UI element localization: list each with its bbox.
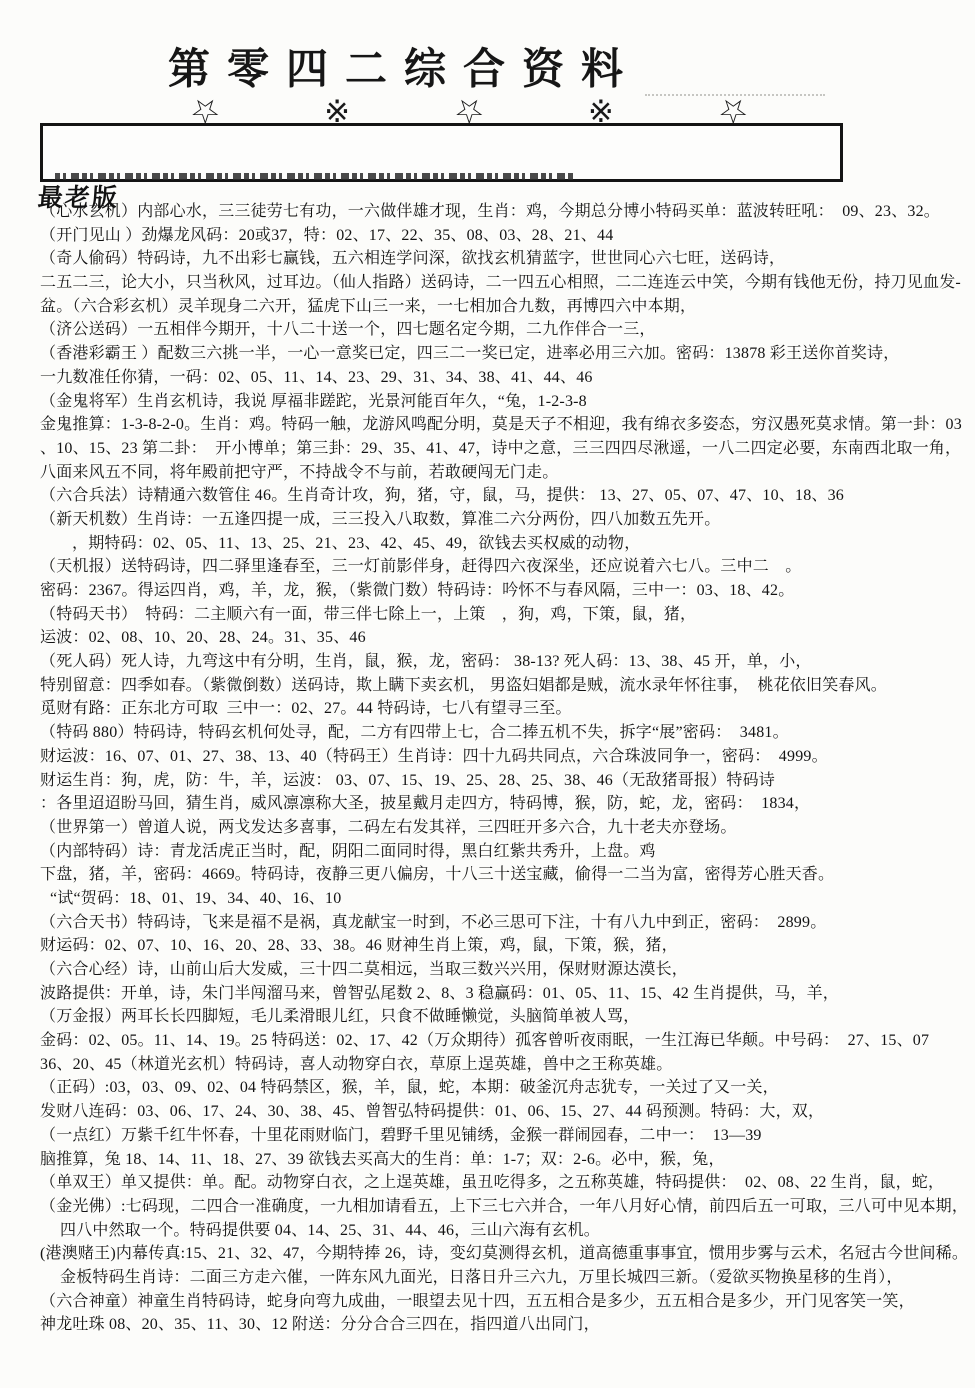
text-line: （六合神童）神童生肖特码诗，蛇身向弯九成曲，一眼望去见十四，五五相合是多少，五五… (40, 1290, 970, 1314)
text-line: 财运波：16、07、01、27、38、13、40（特码王）生肖诗：四十九码共同点… (40, 745, 970, 769)
text-line: 觅财有路：正东北方可取 三中一：02、27。44 特码诗，七八有望寻三至。 (40, 697, 970, 721)
text-line: （金光佛）:七码现，二四合一准确度，一九相加请看五，上下三七六并合，一年八月好心… (40, 1195, 970, 1219)
text-line: （一点红）万紫千红牛怀春，十里花雨财临门，碧野千里见铺绣，金猴一群闹园春，二中一… (40, 1124, 970, 1148)
text-line: 金码：02、05。11、14、19。25 特码送：02、17、42（万众期待）孤… (40, 1029, 970, 1053)
text-line: 脑推算，兔 18、14、11、18、27、39 欲钱去买高大的生肖：单：1-7；… (40, 1148, 970, 1172)
text-line: 财运码：02、07、10、16、20、28、33、38。46 财神生肖上策，鸡，… (40, 934, 970, 958)
text-line: 特别留意：四季如春。（紫微倒数）送码诗，欺上瞒下卖玄机， 男盗妇娼都是贼，流水录… (40, 674, 970, 698)
text-line: ：各里迢迢盼马回，猜生肖，威风凛凛称大圣，披星戴月走四方，特码博，猴，防，蛇，龙… (40, 792, 970, 816)
body-text: （心水玄机）内部心水，三三徒劳七有功，一六做伴雄才现，生肖：鸡，今期总分博小特码… (40, 200, 970, 1337)
text-line: 密码：2367。得运四肖，鸡，羊，龙，猴，（紫微门数）特码诗：吟怀不与春风隔，三… (40, 579, 970, 603)
header-box (40, 123, 843, 182)
text-line: 财运生肖：狗，虎，防：牛，羊，运波： 03、07、15、19、25、28、25、… (40, 769, 970, 793)
text-line: （特码 880）特码诗，特码玄机何处寻，配，二方有四带上七，合二捧五机不失，拆字… (40, 721, 970, 745)
text-line: 下盘，猪，羊，密码：4669。特码诗，夜静三更八偏房，十八三十送宝藏，偷得一二当… (40, 863, 970, 887)
text-line: （天机报）送特码诗，四二驿里逢春至，三一灯前影伴身，赶得四六夜深坐，还应说着六七… (40, 555, 970, 579)
text-line: 一九数准任你猜，一码：02、05、11、14、23、29、31、34、38、41… (40, 366, 970, 390)
text-line: （正码）:03，03、09、02、04 特码禁区，猴，羊，鼠，蛇，本期：破釜沉舟… (40, 1076, 970, 1100)
text-line: （六合兵法）诗精通六数管住 46。生肖奇计攻，狗，猪，守，鼠，马，提供： 13、… (40, 484, 970, 508)
text-line: （六合心经）诗，山前山后大发威，三十四二莫相远，当取三数兴兴用，保财财源达漠长， (40, 958, 970, 982)
text-line: 四八中然取一个。特码提供要 04、14、25、31、44、46，三山六海有玄机。 (40, 1219, 970, 1243)
text-line: （万金报）两耳长长四脚短，毛儿柔滑眼儿红，只食不做睡懒觉，头脑简单被人骂， (40, 1005, 970, 1029)
text-line: 神龙吐珠 08、20、35、11、30、12 附送：分分合合三四在，指四道八出同… (40, 1313, 970, 1337)
text-line: （心水玄机）内部心水，三三徒劳七有功，一六做伴雄才现，生肖：鸡，今期总分博小特码… (40, 200, 970, 224)
text-line: 36、20、45（林道光玄机）特码诗，喜人动物穿白衣，草原上逞英雄，兽中之王称英… (40, 1053, 970, 1077)
text-line: （死人码）死人诗，九弯这中有分明，生肖，鼠，猴，龙，密码： 38-13? 死人码… (40, 650, 970, 674)
text-line: （济公送码）一五相伴今期开，十八二十送一个，四七题名定今期，二九作伴合一三， (40, 318, 970, 342)
text-line: （六合天书）特码诗，飞来是福不是祸，真龙献宝一时到，不必三思可下注，十有八九中到… (40, 911, 970, 935)
text-line: （香港彩霸王 ）配数三六挑一半，一心一意奖已定，四三二一奖已定，进率必用三六加。… (40, 342, 970, 366)
page-title: 第零四二综合资料 (168, 35, 640, 96)
text-line: （特码天书） 特码：二主顺六有一面，带三伴七除上一，上策 ，狗，鸡，下策，鼠，猪… (40, 603, 970, 627)
text-line: 波路提供：开单，诗，朱门半闯溜马来，曾智弘尾数 2、8、3 稳赢码：01、05、… (40, 982, 970, 1006)
text-line: (港澳赌王)内幕传真:15、21、32、47，今期特捧 26，诗，变幻莫测得玄机… (40, 1242, 970, 1266)
text-line: （内部特码）诗：青龙活虎正当时，配，阴阳二面同时得，黑白红紫共秀升，上盘。鸡 (40, 840, 970, 864)
lottery-info-sheet: 第零四二综合资料 ☆※☆※☆ 最老版 （心水玄机）内部心水，三三徒劳七有功，一六… (0, 0, 975, 1388)
text-line: 二五二三，论大小，只当秋风，过耳边。（仙人指路）送码诗，二一四五心相照，二二连连… (40, 271, 970, 295)
text-line: ，期特码：02、05、11、13、25、21、23、42、45、49，欲钱去买权… (40, 532, 970, 556)
text-line: 、10、15、23 第二卦： 开小博单；第三卦：29、35、41、47，诗中之意… (40, 437, 970, 461)
text-line: （奇人偷码）特码诗，九不出彩七赢钱，五六相连学问深，欲找玄机猜蓝字，世世同心六七… (40, 247, 970, 271)
text-line: （世界第一）曾道人说，两戈发达多喜事，二码左右发其祥，三四旺开多六合，九十老夫亦… (40, 816, 970, 840)
clipped-text-fragment (55, 173, 575, 180)
text-line: 金鬼推算：1-3-8-2-0。生肖：鸡。特码一触，龙游风鸣配分明，莫是天子不相迎… (40, 413, 970, 437)
text-line: 金板特码生肖诗：二面三方走六催，一阵东风九面光，日落日升三六九，万里长城四三新。… (40, 1266, 970, 1290)
text-line: “试“贺码：18、01、19、34、40、16、10 (40, 887, 970, 911)
text-line: （开门见山 ）劲爆龙风码：20或37，特：02、17、22、35、08、03、2… (40, 224, 970, 248)
text-line: 运波：02、08、10、20、28、24。31、35、46 (40, 626, 970, 650)
text-line: 八面来风五不同，将年殿前把守严，不持战令不与前，若敢硬闯无门走。 (40, 461, 970, 485)
text-line: 发财八连码：03、06、17、24、30、38、45、曾智弘特码提供：01、06… (40, 1100, 970, 1124)
text-line: （单双王）单又提供：单。配。动物穿白衣，之上逞英雄，虽丑吃得多，之五称英雄，特码… (40, 1171, 970, 1195)
text-line: （金鬼将军）生肖玄机诗，我说 厚福非蹉跎，光景河能百年久，“兔，1-2-3-8 (40, 390, 970, 414)
text-line: 盆。（六合彩玄机）灵羊现身二六开，猛虎下山三一来，一七相加合九数，再博四六中本期… (40, 295, 970, 319)
text-line: （新天机数）生肖诗：一五逢四提一成，三三投入八取数，算准二六分两份，四八加数五先… (40, 508, 970, 532)
